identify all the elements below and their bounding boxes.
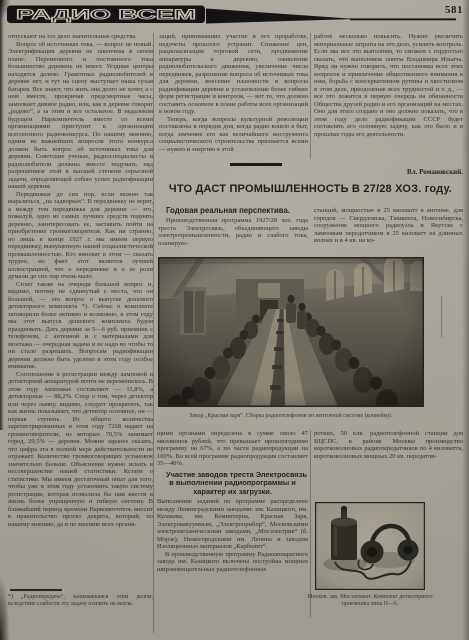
editorial-column-left: отпускают на это дело значительные средс… xyxy=(8,33,153,585)
photo-caption: Завод „Красная заря“. Сборка радиотелефо… xyxy=(158,413,424,420)
masthead-title: РАДИО ВСЕМ xyxy=(16,7,196,22)
paragraph: Выполнение заданий по программе распреде… xyxy=(157,498,308,551)
paragraph: Передвижки до сих пор, если можно так вы… xyxy=(8,191,153,281)
paragraph: Стоит также на очереди большой вопрос и,… xyxy=(8,281,153,371)
author-signature: Вл. Романовский. xyxy=(330,168,463,176)
paragraph: щими органами определена в сумме около 4… xyxy=(157,430,308,468)
paragraph: Производственная программа 1927/28 хоз. … xyxy=(158,217,308,247)
receiver-photo xyxy=(315,502,425,590)
scan-edge-right xyxy=(462,0,469,640)
page-number: 581 xyxy=(429,4,463,16)
article-column-left: щими органами определена в сумме около 4… xyxy=(157,430,308,618)
photo-caption: Москов. зав. Мосэлемент. Комплект детект… xyxy=(302,594,438,608)
section-divider xyxy=(230,163,282,166)
article-intro-right: станций, мощностью в 25 киловатт в антен… xyxy=(314,207,463,256)
editorial-column-right: работе несколько повысить. Нужно увеличи… xyxy=(314,33,463,160)
article-column-right: ротких, 50 клв. радиотелефонной станции … xyxy=(314,430,463,500)
article-intro-left: Годовая реальная перспектива. Производст… xyxy=(158,206,308,256)
paragraph: Теперь, когда вопросы культурной революц… xyxy=(159,116,308,154)
column-rule-top xyxy=(310,33,311,159)
footnote: *) „Радиопередача“, занимавшаяся этим де… xyxy=(8,594,153,608)
article-subhead: Годовая реальная перспектива. xyxy=(158,206,308,215)
masthead-banner: РАДИО ВСЕМ xyxy=(0,0,469,30)
scan-edge-left xyxy=(0,0,4,430)
column-rule-left xyxy=(153,33,154,633)
paragraph: заций, принимавших участие в его прорабо… xyxy=(159,33,308,116)
paragraph: отпускают на это дело значительные средс… xyxy=(8,33,153,41)
magazine-page: РАДИО ВСЕМ 581 отпускают на это дело зна… xyxy=(0,0,469,640)
article-title: ЧТО ДАСТ ПРОМЫШЛЕННОСТЬ В 27/28 ХОЗ. год… xyxy=(157,183,464,195)
factory-photo xyxy=(158,257,424,407)
scan-scratch xyxy=(441,296,442,338)
paragraph: Соотношение в регистрации между ламповой… xyxy=(8,371,153,529)
footnote-rule xyxy=(10,589,62,591)
paragraph: В производственную программу Радиоаппара… xyxy=(157,551,308,574)
paragraph: Вопрос об источниках тока, — вопрос не н… xyxy=(8,41,153,191)
article-subhead: Участие заводов треста Электросвязь в вы… xyxy=(157,471,308,497)
editorial-column-middle: заций, принимавших участие в его прорабо… xyxy=(159,33,308,159)
paragraph: станций, мощностью в 25 киловатт в антен… xyxy=(314,207,463,245)
paragraph: ротких, 50 клв. радиотелефонной станции … xyxy=(314,430,463,460)
paragraph: работе несколько повысить. Нужно увеличи… xyxy=(314,33,463,138)
column-rule-bottom xyxy=(310,430,311,618)
